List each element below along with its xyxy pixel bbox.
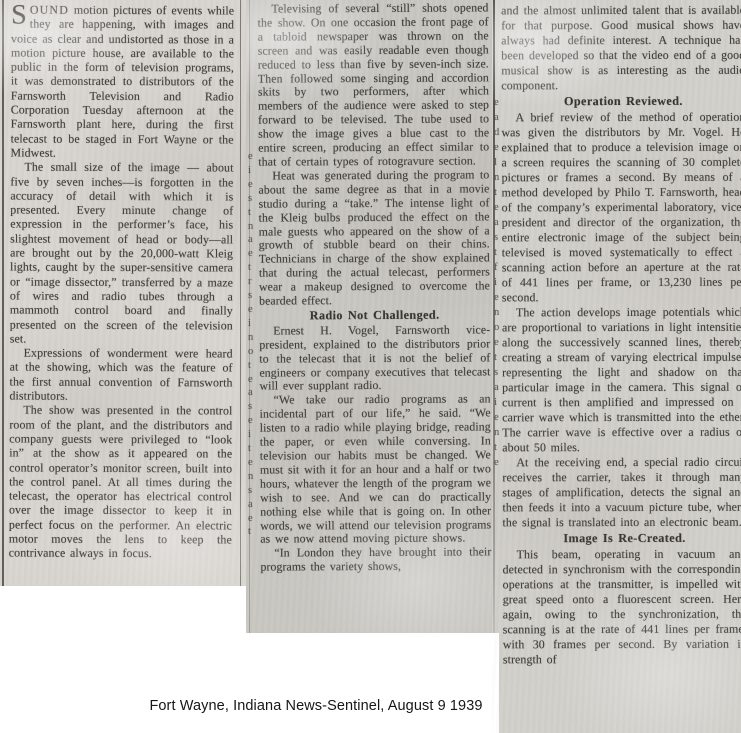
article-paragraph: “In London they have brought into their … [260,546,491,575]
article-paragraph: The show was presented in the control ro… [9,403,233,561]
article-paragraph: Televising of several “still” shots open… [258,1,490,169]
article-paragraph: The action develops image potentials whi… [502,305,741,456]
newspaper-scan-page: SOUND motion pictures of events while th… [0,0,741,733]
article-paragraph: and the almost unlimited talent that is … [501,3,741,94]
column-1-text: SOUND motion pictures of events while th… [9,3,234,562]
article-paragraph: Expressions of wonderment were heard at … [9,346,232,404]
torn-edge-letter-fragments: e i e s t n a e t r s e i n o t e a s e … [248,150,256,623]
paper-tear-notch [492,633,499,733]
article-paragraph: The small size of the image — about five… [10,160,234,347]
newspaper-clipping-column-1: SOUND motion pictures of events while th… [0,0,246,586]
article-paragraph: “We take our radio programs as an incide… [260,393,492,547]
article-paragraph: SOUND motion pictures of events while th… [11,3,235,161]
subheading-operation-reviewed: Operation Reviewed. [501,94,741,110]
article-paragraph: Heat was generated during the program to… [258,168,490,308]
article-paragraph: At the receiving end, a special radio ci… [502,455,741,531]
column-2-text: Televising of several “still” shots open… [258,1,492,574]
dropcap-initial: S [11,3,30,28]
article-paragraph: Ernest H. Vogel, Farnsworth vice-preside… [259,323,490,394]
subheading-radio-not-challenged: Radio Not Challenged. [259,308,490,323]
column-rule-left [2,0,4,586]
lead-word: OUND [30,3,69,17]
column-3-text: and the almost unlimited talent that is … [501,3,741,668]
column-rule-right [240,0,242,586]
subheading-image-is-re-created: Image Is Re-Created. [503,531,741,547]
newspaper-clipping-column-3: e a d e l n t e a s t f i e n o e t s a … [492,0,741,733]
paragraph-text: motion pictures of events while they are… [11,3,235,160]
source-caption: Fort Wayne, Indiana News-Sentinel, Augus… [149,698,482,714]
article-paragraph: This beam, operating in vacuum and detec… [503,547,741,668]
article-paragraph: A brief review of the method of operatio… [501,110,741,306]
newspaper-clipping-column-2: e i e s t n a e t r s e i n o t e a s e … [246,0,492,633]
